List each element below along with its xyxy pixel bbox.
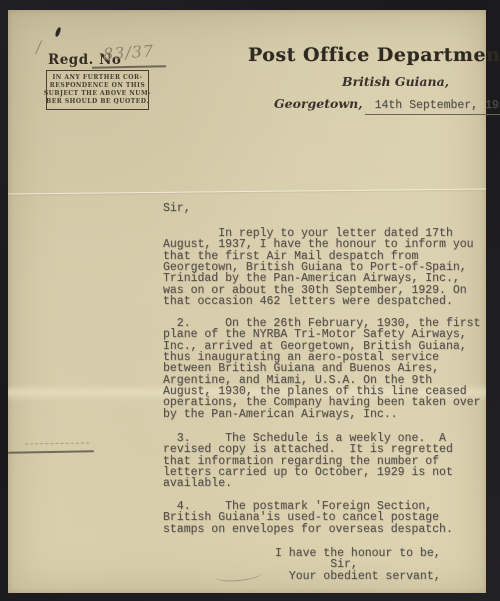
salutation: Sir, xyxy=(163,203,191,214)
department-title: Post Office Department, xyxy=(248,44,448,66)
ink-mark xyxy=(55,27,62,38)
place-label: Georgetown, xyxy=(274,96,363,111)
letter-paragraph-3: 3. The Schedule is a weekly one. A revis… xyxy=(163,433,453,490)
place-date-line: Georgetown,14th September, 1937. xyxy=(274,95,500,115)
pencil-dash-line xyxy=(25,443,89,445)
letter-paper: Regd. No 83/37 IN ANY FURTHER COR- RESPO… xyxy=(8,10,486,593)
registration-number: 83/37 xyxy=(102,41,154,64)
date-value: 14th September, 1937. xyxy=(365,99,500,115)
scan-frame: Regd. No 83/37 IN ANY FURTHER COR- RESPO… xyxy=(0,0,500,601)
correspondence-note-box: IN ANY FURTHER COR- RESPONDENCE ON THIS … xyxy=(46,70,149,110)
ink-scratch xyxy=(35,40,42,54)
letter-paragraph-2: 2. On the 26th February, 1930, the first… xyxy=(163,318,480,420)
pencil-solid-line xyxy=(8,450,94,454)
letter-paragraph-1: In reply to your letter dated 17th Augus… xyxy=(163,228,474,307)
region-subtitle: British Guiana, xyxy=(342,74,449,89)
letter-paragraph-4: 4. The postmark 'Foreign Section, Britis… xyxy=(163,501,453,535)
registration-underline xyxy=(92,65,166,69)
correspondence-note-text: IN ANY FURTHER COR- RESPONDENCE ON THIS … xyxy=(44,74,151,106)
closing-block: I have the honour to be, Sir, Your obedi… xyxy=(275,548,441,582)
paper-crease xyxy=(8,188,486,194)
signature-stroke xyxy=(214,566,263,584)
